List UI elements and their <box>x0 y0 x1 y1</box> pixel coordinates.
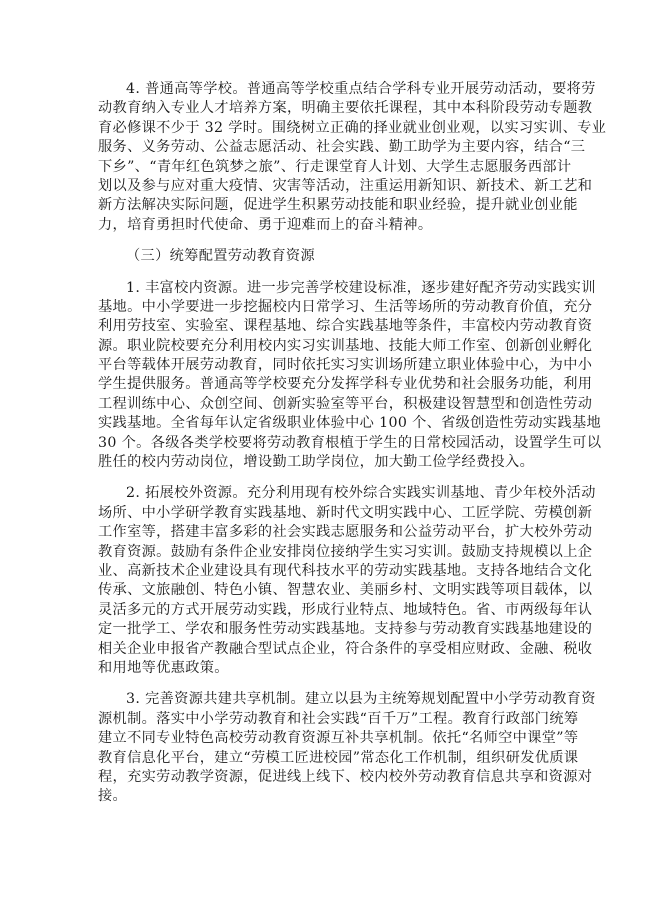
text-line: 源。职业院校要充分利用校内实习实训基地、技能大师工作室、创新创业孵化 <box>98 337 550 356</box>
text-line: 基地。中小学要进一步挖掘校内日常学习、生活等场所的劳动教育价值，充分 <box>98 298 550 317</box>
text-line: 1. 丰富校内资源。进一步完善学校建设标准，逐步建好配齐劳动实践实训 <box>98 279 550 298</box>
text-line: 学生提供服务。普通高等学校要充分发挥学科专业优势和社会服务功能，利用 <box>98 375 550 394</box>
text-line: 育必修课不少于 32 学时。围绕树立正确的择业就业创业观，以实习实训、专业 <box>98 119 550 138</box>
paragraph-resource-sharing-mechanism: 3. 完善资源共建共享机制。建立以县为主统筹规划配置中小学劳动教育资 源机制。落… <box>98 690 550 806</box>
text-line: 教育信息化平台，建立“劳模工匠进校园”常态化工作机制，组织研发优质课 <box>98 749 550 768</box>
text-line: 和用地等优惠政策。 <box>98 659 550 678</box>
text-line: 传承、文旅融创、特色小镇、智慧农业、美丽乡村、文明实践等项目载体，以 <box>98 581 550 600</box>
text-line: 胜任的校内劳动岗位，增设勤工助学岗位，加大勤工俭学经费投入。 <box>98 453 550 472</box>
text-line: 3. 完善资源共建共享机制。建立以县为主统筹规划配置中小学劳动教育资 <box>98 690 550 709</box>
text-line: 工程训练中心、众创空间、创新实验室等平台，积极建设智慧型和创造性劳动 <box>98 395 550 414</box>
text-line: 30 个。各级各类学校要将劳动教育根植于学生的日常校园活动，设置学生可以 <box>98 434 550 453</box>
text-line: 2. 拓展校外资源。充分利用现有校外综合实践实训基地、青少年校外活动 <box>98 484 550 503</box>
text-line: 程，充实劳动教学资源，促进线上线下、校内校外劳动教育信息共享和资源对 <box>98 768 550 787</box>
text-line: 相关企业申报省产教融合型试点企业，符合条件的享受相应财政、金融、税收 <box>98 640 550 659</box>
paragraph-expand-external-resources: 2. 拓展校外资源。充分利用现有校外综合实践实训基地、青少年校外活动 场所、中小… <box>98 484 550 678</box>
text-line: 工作室等，搭建丰富多彩的社会实践志愿服务和公益劳动平台，扩大校外劳动 <box>98 523 550 542</box>
text-line: 实践基地。全省每年认定省级职业体验中心 100 个、省级创造性劳动实践基地 <box>98 414 550 433</box>
paragraph-enrich-campus-resources: 1. 丰富校内资源。进一步完善学校建设标准，逐步建好配齐劳动实践实训 基地。中小… <box>98 279 550 473</box>
text-line: 4. 普通高等学校。普通高等学校重点结合学科专业开展劳动活动，要将劳 <box>98 80 550 99</box>
text-line: 服务、义务劳动、公益志愿活动、社会实践、勤工助学为主要内容，结合“三 <box>98 138 550 157</box>
text-line: 建立不同专业特色高校劳动教育资源互补共享机制。依托“名师空中课堂”等 <box>98 729 550 748</box>
text-line: 业、高新技术企业建设具有现代科技水平的劳动实践基地。支持各地结合文化 <box>98 562 550 581</box>
text-line: 利用劳技室、实验室、课程基地、综合实践基地等条件，丰富校内劳动教育资 <box>98 317 550 336</box>
text-line: 灵活多元的方式开展劳动实践，形成行业特点、地域特色。省、市两级每年认 <box>98 601 550 620</box>
section-heading-text: （三）统筹配置劳动教育资源 <box>98 247 550 266</box>
text-line: 平台等载体开展劳动教育，同时依托实习实训场所建立职业体验中心，为中小 <box>98 356 550 375</box>
text-line: 源机制。落实中小学劳动教育和社会实践“百千万”工程。教育行政部门统筹 <box>98 710 550 729</box>
text-line: 下乡”、“青年红色筑梦之旅”、行走课堂育人计划、大学生志愿服务西部计 <box>98 158 550 177</box>
text-line: 划以及参与应对重大疫情、灾害等活动，注重运用新知识、新技术、新工艺和 <box>98 177 550 196</box>
text-line: 场所、中小学研学教育实践基地、新时代文明实践中心、工匠学院、劳模创新 <box>98 504 550 523</box>
text-line: 力，培育勇担时代使命、勇于迎难而上的奋斗精神。 <box>98 216 550 235</box>
document-page: 4. 普通高等学校。普通高等学校重点结合学科专业开展劳动活动，要将劳 动教育纳入… <box>98 80 550 819</box>
text-line: 定一批学工、学农和服务性劳动实践基地。支持参与劳动教育实践基地建设的 <box>98 620 550 639</box>
text-line: 教育资源。鼓励有条件企业安排岗位接纳学生实习实训。鼓励支持规模以上企 <box>98 543 550 562</box>
text-line: 新方法解决实际问题，促进学生积累劳动技能和职业经验，提升就业创业能 <box>98 196 550 215</box>
text-line: 动教育纳入专业人才培养方案，明确主要依托课程，其中本科阶段劳动专题教 <box>98 99 550 118</box>
section-heading: （三）统筹配置劳动教育资源 <box>98 247 550 266</box>
text-line: 接。 <box>98 787 550 806</box>
paragraph-higher-education: 4. 普通高等学校。普通高等学校重点结合学科专业开展劳动活动，要将劳 动教育纳入… <box>98 80 550 235</box>
